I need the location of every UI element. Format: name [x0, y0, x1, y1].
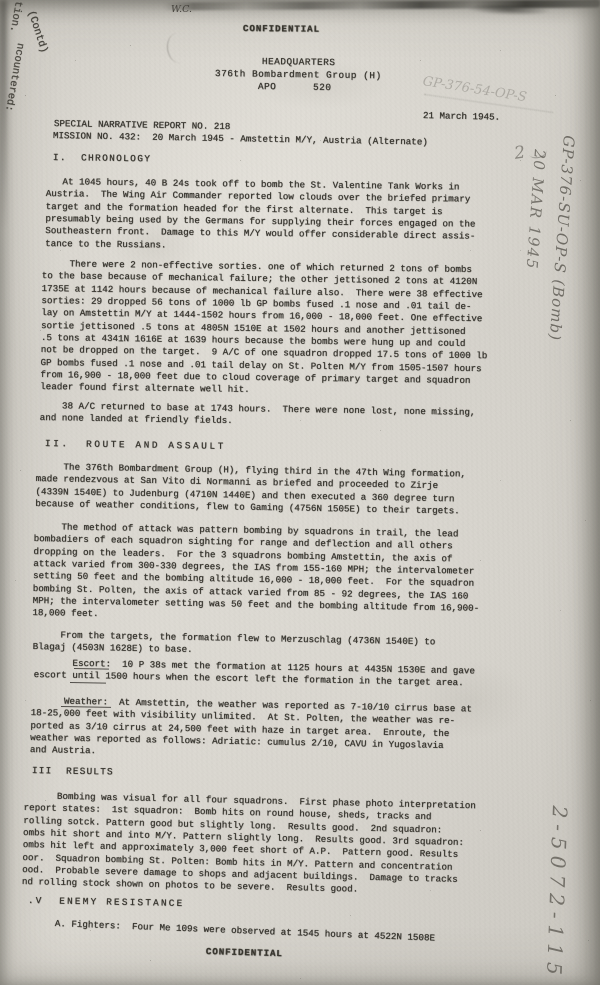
- paragraph-chronology-1: At 1045 hours, 40 B 24s took off to bomb…: [45, 176, 476, 256]
- paragraph-weather: Weather: At Amstettin, the weather was r…: [30, 695, 472, 765]
- paragraph-route-2: The method of attack was pattern bombing…: [32, 521, 480, 628]
- paragraph-chronology-2: There were 2 non-effective sorties. one …: [40, 258, 488, 400]
- paragraph-route-1: The 376th Bombardment Group (H), flying …: [35, 461, 466, 518]
- stray-pencil-arc: [165, 32, 192, 65]
- scanned-report-page: tion. ncountered: (Contd) W.C. GP-376-SU…: [0, 0, 600, 985]
- report-date: 21 March 1945.: [423, 110, 500, 124]
- mission-line: MISSION NO. 432: 20 March 1945 - Amstett…: [53, 130, 428, 149]
- section-heading-results: III RESULTS: [32, 765, 114, 779]
- headquarters-line: HEADQUARTERS: [262, 56, 336, 69]
- margin-contd-note: (Contd): [24, 9, 49, 55]
- margin-clipped-text: tion.: [6, 0, 24, 33]
- paragraph-escort: Escort: 10 P 38s met the formation at 11…: [34, 657, 475, 690]
- paragraph-results: Bombing was visual for all four squadron…: [22, 790, 476, 899]
- paragraph-chronology-3: 38 A/C returned to base at 1743 hours. T…: [40, 400, 476, 432]
- section-heading-chronology: I. CHRONOLOGY: [53, 152, 152, 166]
- pencil-initial-mark: 2: [513, 142, 527, 163]
- pencil-initials-wc: W.C.: [171, 4, 192, 15]
- classification-stamp-bottom: CONFIDENTIAL: [206, 946, 283, 960]
- group-line: 376th Bombardment Group (H): [215, 68, 382, 83]
- paragraph-route-3: From the targets, the formation flew to …: [33, 629, 436, 661]
- scan-corner-shade: [0, 0, 7, 230]
- section-heading-enemy-resistance: .V ENEMY RESISTANCE: [28, 895, 185, 910]
- section-heading-route-assault: II. ROUTE AND ASSAULT: [45, 438, 226, 453]
- classification-stamp-top: CONFIDENTIAL: [243, 23, 320, 36]
- apo-line: APO 520: [258, 81, 332, 94]
- pencil-archive-reference: 2-5072-115: [542, 805, 572, 981]
- paragraph-fighters: A. Fighters: Four Me 109s were observed …: [55, 918, 436, 945]
- underline-until: [70, 682, 106, 684]
- pencil-file-date: 20 MAR 1945: [523, 149, 549, 271]
